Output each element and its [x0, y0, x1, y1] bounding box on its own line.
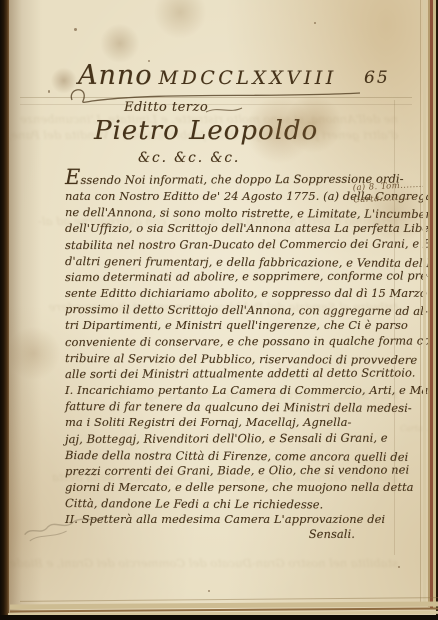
body-line: Città, dandone Le Fedi a chi Le richiede… — [65, 495, 397, 513]
body-line: fatture di far tenere da qualcuno dei Mi… — [65, 398, 397, 416]
body-line-catchword: Sensali. — [65, 526, 397, 544]
body-line-item-one: I. Incarichiamo pertanto La Camera di Co… — [65, 382, 397, 398]
etcetera-line: &c. &c. &c. — [138, 150, 240, 166]
book-binding-edge — [0, 0, 9, 620]
body-line: prezzi correnti dei Grani, Biade, e Olio… — [65, 461, 397, 479]
ink-speck — [48, 90, 50, 93]
photo-background: ne dell'Annona, si sono molto ristrette,… — [0, 0, 438, 620]
ink-speck — [398, 566, 400, 568]
body-line: ne dell'Annona, si sono molto ristrette,… — [65, 204, 397, 222]
margin-reference-note: (a) 8. Tom........ Carta.......... — [352, 178, 438, 207]
body-line: Essendo Noi informati, che doppo La Sopp… — [65, 168, 397, 189]
edict-subtitle: Editto terzo — [124, 100, 208, 115]
ink-speck — [314, 22, 316, 24]
body-line: dell'Uffizio, o sia Scrittojo dell'Annon… — [65, 220, 397, 236]
body-line: sente Editto dichiariamo abolito, e sopp… — [65, 285, 397, 301]
sovereign-name: Pietro Leopoldo — [94, 116, 318, 146]
body-line: tri Dipartimenti, e Ministri quell'inger… — [65, 317, 397, 333]
ink-speck — [208, 590, 210, 592]
body-line: giorni di Mercato, e delle persone, che … — [65, 479, 397, 495]
ink-speck — [74, 28, 77, 31]
edict-body: Essendo Noi informati, che doppo La Sopp… — [65, 169, 397, 544]
show-through-margin-mark: Carta.......... — [400, 424, 438, 433]
ink-speck — [148, 60, 150, 62]
body-line: conveniente di conservare, e che possano… — [65, 332, 397, 350]
body-line: stabilita nel nostro Gran-Ducato del Com… — [65, 235, 397, 253]
manuscript-page: ne dell'Annona, si sono molto ristrette,… — [8, 0, 438, 620]
body-line: alle sorti dei Ministri attualmente adde… — [65, 364, 397, 382]
body-line: ma i Soliti Registri dei Fornaj, Macella… — [65, 414, 397, 430]
subtitle-swash — [204, 104, 244, 116]
body-line: prossimo il detto Scrittojo dell'Annona,… — [65, 301, 397, 319]
body-line: nata con Nostro Editto de' 24 Agosto 177… — [65, 188, 397, 204]
bleed-line: stabilita nel nostro Gran-Ducato del Com… — [63, 556, 398, 570]
body-line: jaj, Bottegaj, Rivenditori dell'Olio, e … — [65, 429, 397, 447]
body-line: siamo determinati ad abolire, e sopprime… — [65, 267, 397, 285]
